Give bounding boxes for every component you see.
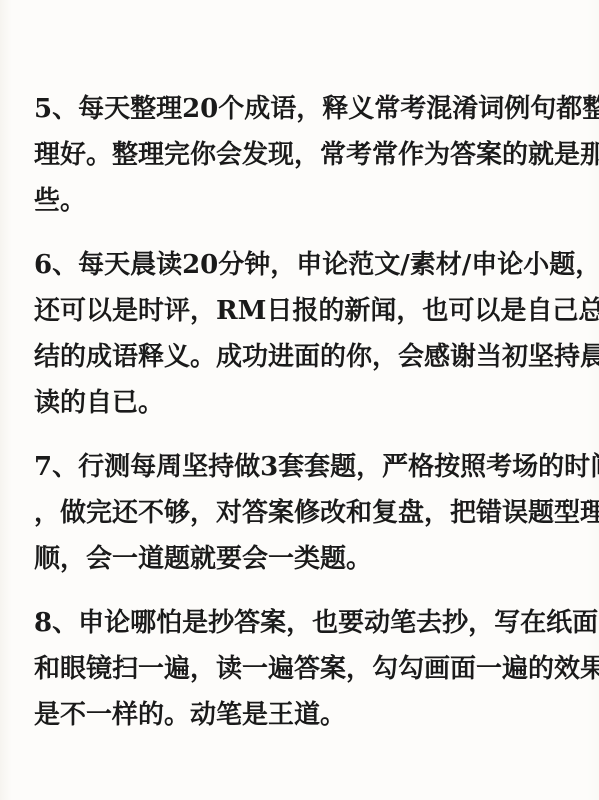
text-line: 6、每天晨读20分钟，申论范文/素材/申论小题， <box>34 242 574 288</box>
study-tip-paragraph-5: 5、每天整理20个成语，释义常考混淆词例句都整理好。整理完你会发现，常考常作为答… <box>34 86 575 224</box>
tips-list: 5、每天整理20个成语，释义常考混淆词例句都整理好。整理完你会发现，常考常作为答… <box>34 86 575 738</box>
study-tips-page: 5、每天整理20个成语，释义常考混淆词例句都整理好。整理完你会发现，常考常作为答… <box>0 0 599 800</box>
text-line: 5、每天整理20个成语，释义常考混淆词例句都整 <box>34 86 574 132</box>
text-line: 顺，会一道题就要会一类题。 <box>34 536 574 582</box>
text-line: 8、申论哪怕是抄答案，也要动笔去抄，写在纸面 <box>34 600 574 646</box>
text-line: 和眼镜扫一遍，读一遍答案，勾勾画面一遍的效果 <box>34 646 574 692</box>
study-tip-paragraph-8: 8、申论哪怕是抄答案，也要动笔去抄，写在纸面和眼镜扫一遍，读一遍答案，勾勾画面一… <box>34 600 575 738</box>
text-line: ，做完还不够，对答案修改和复盘，把错误题型理 <box>34 490 574 536</box>
study-tip-paragraph-7: 7、行测每周坚持做3套套题，严格按照考场的时间，做完还不够，对答案修改和复盘，把… <box>34 444 575 582</box>
text-line: 些。 <box>34 178 574 224</box>
text-line: 7、行测每周坚持做3套套题，严格按照考场的时间 <box>34 444 574 490</box>
text-line: 读的自已。 <box>34 380 574 426</box>
text-line: 理好。整理完你会发现，常考常作为答案的就是那 <box>34 132 574 178</box>
text-line: 结的成语释义。成功进面的你，会感谢当初坚持晨 <box>34 334 574 380</box>
text-line: 还可以是时评，RM日报的新闻，也可以是自己总 <box>34 288 574 334</box>
study-tip-paragraph-6: 6、每天晨读20分钟，申论范文/素材/申论小题，还可以是时评，RM日报的新闻，也… <box>34 242 575 426</box>
text-line: 是不一样的。动笔是王道。 <box>34 692 574 738</box>
